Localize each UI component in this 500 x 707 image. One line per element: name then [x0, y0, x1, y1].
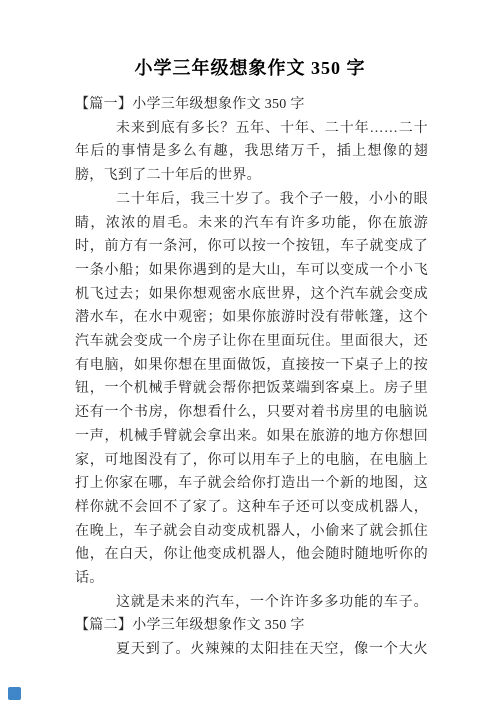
paragraph-intro: 未来到底有多长？五年、十年、二十年……二十年后的事情是多么有趣，我思绪万千，插上… [75, 117, 428, 188]
paragraph-conclusion-and-part2-heading: 这就是未来的汽车，一个许许多多功能的车子。【篇二】小学三年级想象作文 350 字 [75, 591, 428, 638]
section-heading-part1: 【篇一】小学三年级想象作文 350 字 [75, 93, 428, 117]
document-body: 【篇一】小学三年级想象作文 350 字 未来到底有多长？五年、十年、二十年……二… [75, 93, 428, 662]
document-page: 小学三年级想象作文 350 字 【篇一】小学三年级想象作文 350 字 未来到底… [0, 0, 500, 707]
paragraph-main: 二十年后，我三十岁了。我个子一般，小小的眼睛，浓浓的眉毛。未来的汽车有许多功能，… [75, 188, 428, 591]
paragraph-part2-opening: 夏天到了。火辣辣的太阳挂在天空，像一个大火 [75, 638, 428, 662]
document-title: 小学三年级想象作文 350 字 [0, 0, 500, 80]
watermark-badge-icon [8, 687, 21, 700]
